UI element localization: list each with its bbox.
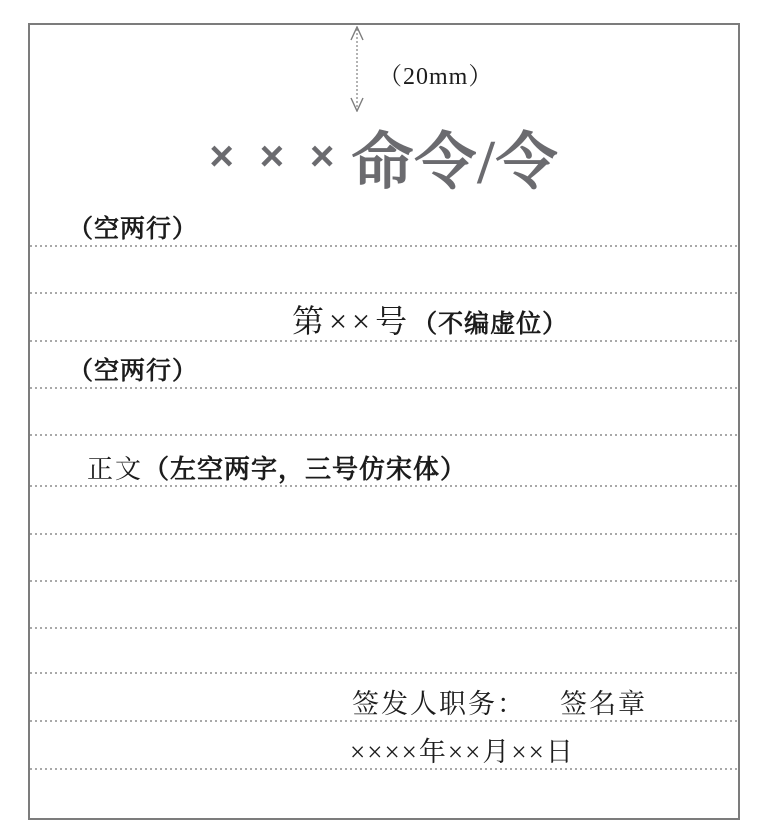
ruled-line — [30, 720, 738, 722]
document-title: × × × 命令/令 — [30, 117, 738, 195]
ruled-line — [30, 672, 738, 674]
top-margin-arrow-icon — [346, 26, 368, 112]
signer-label: 签发人职务： — [352, 689, 526, 719]
ruled-line — [30, 387, 738, 389]
doc-number-note: （不编虚位） — [412, 312, 568, 337]
document-template-figure: （20mm） × × × 命令/令 （空两行） 第××号 （不编虚位） （空两行… — [0, 0, 768, 832]
annotation-empty-two-lines-top: （空两行） — [68, 217, 198, 242]
annotation-empty-two-lines-mid: （空两行） — [68, 359, 198, 384]
ruled-line — [30, 485, 738, 487]
ruled-line — [30, 245, 738, 247]
doc-number-line: 第××号 （不编虚位） — [292, 305, 568, 337]
title-main: 命令/令 — [351, 112, 558, 201]
ruled-line — [30, 580, 738, 582]
date-line: ××××年××月××日 — [350, 739, 575, 766]
signature-seal-label: 签名章 — [560, 689, 647, 719]
ruled-line — [30, 434, 738, 436]
ruled-line — [30, 292, 738, 294]
title-prefix: × × × — [209, 132, 341, 180]
body-note: （左空两字，三号仿宋体） — [143, 457, 467, 483]
body-label: 正文 — [87, 457, 143, 483]
doc-number: 第××号 — [292, 305, 412, 337]
body-text-line: 正文 （左空两字，三号仿宋体） — [87, 457, 467, 483]
signer-line: 签发人职务：签名章 — [352, 691, 647, 718]
ruled-line — [30, 533, 738, 535]
top-margin-label: （20mm） — [378, 65, 493, 89]
ruled-line — [30, 768, 738, 770]
page-border: （20mm） × × × 命令/令 （空两行） 第××号 （不编虚位） （空两行… — [28, 23, 740, 820]
ruled-line — [30, 627, 738, 629]
ruled-line — [30, 340, 738, 342]
